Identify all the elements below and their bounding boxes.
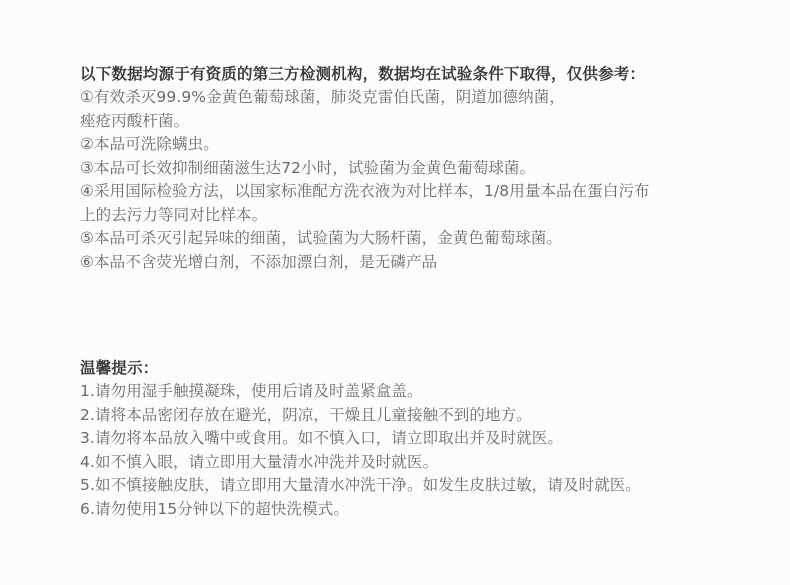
test-info-line: ⑥本品不含荧光增白剂，不添加漂白剂，是无磷产品 <box>80 251 650 275</box>
tip-line: 2.请将本品密闭存放在避光，阴凉，干燥且儿童接触不到的地方。 <box>80 404 641 428</box>
test-info-line: 上的去污力等同对比样本。 <box>80 204 650 228</box>
tip-line: 5.如不慎接触皮肤，请立即用大量清水冲洗干净。如发生皮肤过敏，请及时就医。 <box>80 474 641 498</box>
tips-section: 温馨提示： 1.请勿用湿手触摸凝珠，使用后请及时盖紧盒盖。 2.请将本品密闭存放… <box>80 356 641 521</box>
tip-line: 1.请勿用湿手触摸凝珠，使用后请及时盖紧盒盖。 <box>80 380 641 404</box>
test-info-heading: 以下数据均源于有资质的第三方检测机构，数据均在试验条件下取得，仅供参考： <box>80 62 650 86</box>
test-info-line: ②本品可洗除螨虫。 <box>80 133 650 157</box>
test-info-line: ⑤本品可杀灭引起异味的细菌，试验菌为大肠杆菌，金黄色葡萄球菌。 <box>80 227 650 251</box>
test-info-line: ③本品可长效抑制细菌滋生达72小时，试验菌为金黄色葡萄球菌。 <box>80 157 650 181</box>
test-info-line: ①有效杀灭99.9%金黄色葡萄球菌，肺炎克雷伯氏菌，阴道加德纳菌， <box>80 86 650 110</box>
tip-line: 4.如不慎入眼，请立即用大量清水冲洗并及时就医。 <box>80 451 641 475</box>
tip-line: 3.请勿将本品放入嘴中或食用。如不慎入口，请立即取出并及时就医。 <box>80 427 641 451</box>
test-info-section: 以下数据均源于有资质的第三方检测机构，数据均在试验条件下取得，仅供参考： ①有效… <box>80 62 650 274</box>
tips-heading: 温馨提示： <box>80 356 641 380</box>
test-info-line: 痤疮丙酸杆菌。 <box>80 110 650 134</box>
test-info-line: ④采用国际检验方法，以国家标准配方洗衣液为对比样本，1/8用量本品在蛋白污布 <box>80 180 650 204</box>
tip-line: 6.请勿使用15分钟以下的超快洗模式。 <box>80 498 641 522</box>
